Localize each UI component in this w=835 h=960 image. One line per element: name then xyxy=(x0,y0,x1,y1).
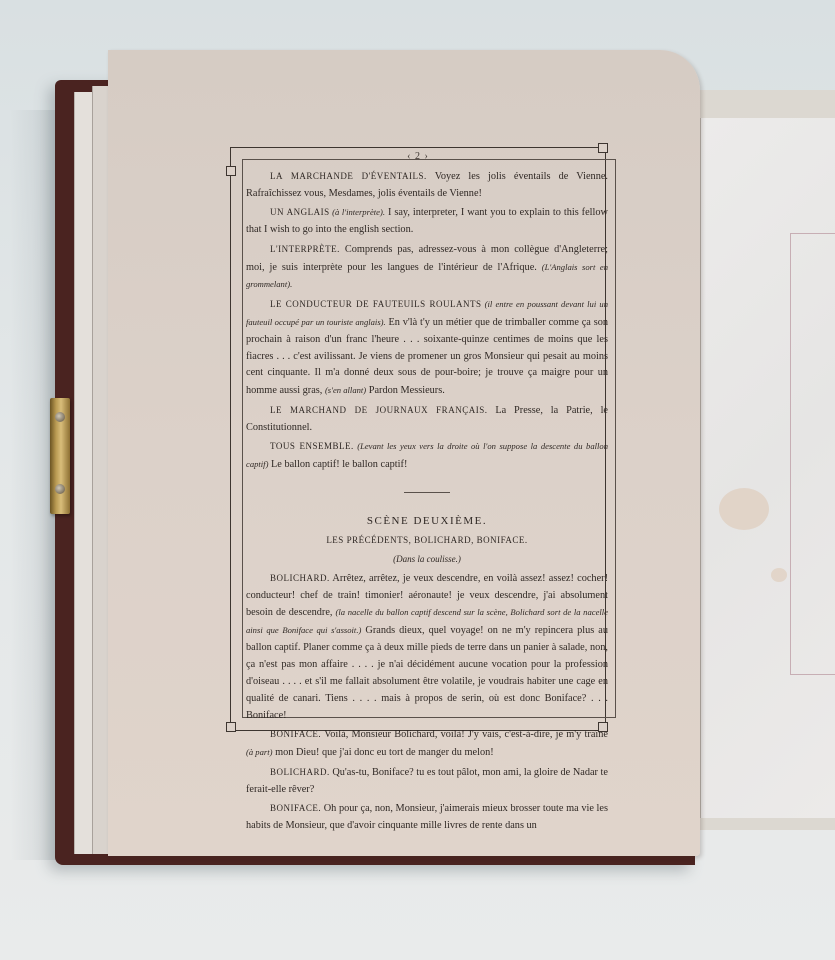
section-divider xyxy=(404,492,450,493)
rivet-icon xyxy=(55,484,65,494)
dialogue-paragraph: BONIFACE. Voilà, Monsieur Bolichard, voi… xyxy=(246,726,608,762)
scene-note: (Dans la coulisse.) xyxy=(246,551,608,568)
foxing-stain xyxy=(771,568,787,582)
speaker-name: BONIFACE. xyxy=(270,803,321,813)
dialogue-paragraph: LE MARCHAND DE JOURNAUX FRANÇAIS. La Pre… xyxy=(246,402,608,437)
scene-title: SCÈNE DEUXIÈME. xyxy=(246,513,608,530)
speaker-name: LE CONDUCTEUR DE FAUTEUILS ROULANTS xyxy=(270,299,481,309)
corner-ornament-icon xyxy=(226,722,236,732)
scene-characters: LES PRÉCÉDENTS, BOLICHARD, BONIFACE. xyxy=(246,532,608,549)
dialogue-paragraph: BOLICHARD. Qu'as-tu, Boniface? tu es tou… xyxy=(246,764,608,799)
dialogue-paragraph: L'INTERPRÈTE. Comprends pas, adressez-vo… xyxy=(246,241,608,295)
dialogue-paragraph: BOLICHARD. Arrêtez, arrêtez, je veux des… xyxy=(246,570,608,725)
speaker-name: BONIFACE. xyxy=(270,729,321,739)
corner-ornament-icon xyxy=(226,166,236,176)
speaker-name: L'INTERPRÈTE. xyxy=(270,244,340,254)
rivet-icon xyxy=(55,412,65,422)
speaker-name: BOLICHARD. xyxy=(270,573,330,583)
faint-engraving-frame xyxy=(790,233,835,675)
dialogue-paragraph: UN ANGLAIS (à l'interprète). I say, inte… xyxy=(246,204,608,239)
foxing-stain xyxy=(719,488,769,530)
stage-direction: (à part) xyxy=(246,747,273,757)
dialogue-paragraph: BONIFACE. Oh pour ça, non, Monsieur, j'a… xyxy=(246,800,608,835)
speaker-name: LA MARCHANDE D'ÉVENTAILS. xyxy=(270,171,427,181)
speaker-name: UN ANGLAIS xyxy=(270,207,330,217)
brass-clasp[interactable] xyxy=(50,398,70,514)
page-number: ‹ 2 › xyxy=(378,151,458,162)
dialogue-paragraph: TOUS ENSEMBLE. (Levant les yeux vers la … xyxy=(246,438,608,474)
dialogue-paragraph: LA MARCHANDE D'ÉVENTAILS. Voyez les joli… xyxy=(246,168,608,203)
corner-ornament-icon xyxy=(598,143,608,153)
dialogue-paragraph: LE CONDUCTEUR DE FAUTEUILS ROULANTS (il … xyxy=(246,296,608,400)
stage-direction: (s'en allant) xyxy=(325,385,366,395)
speaker-name: LE MARCHAND DE JOURNAUX FRANÇAIS. xyxy=(270,405,487,415)
speaker-name: TOUS ENSEMBLE. xyxy=(270,441,354,451)
stage-direction: (à l'interprète). xyxy=(330,207,385,217)
page-text: LA MARCHANDE D'ÉVENTAILS. Voyez les joli… xyxy=(246,168,608,836)
speaker-name: BOLICHARD. xyxy=(270,767,330,777)
